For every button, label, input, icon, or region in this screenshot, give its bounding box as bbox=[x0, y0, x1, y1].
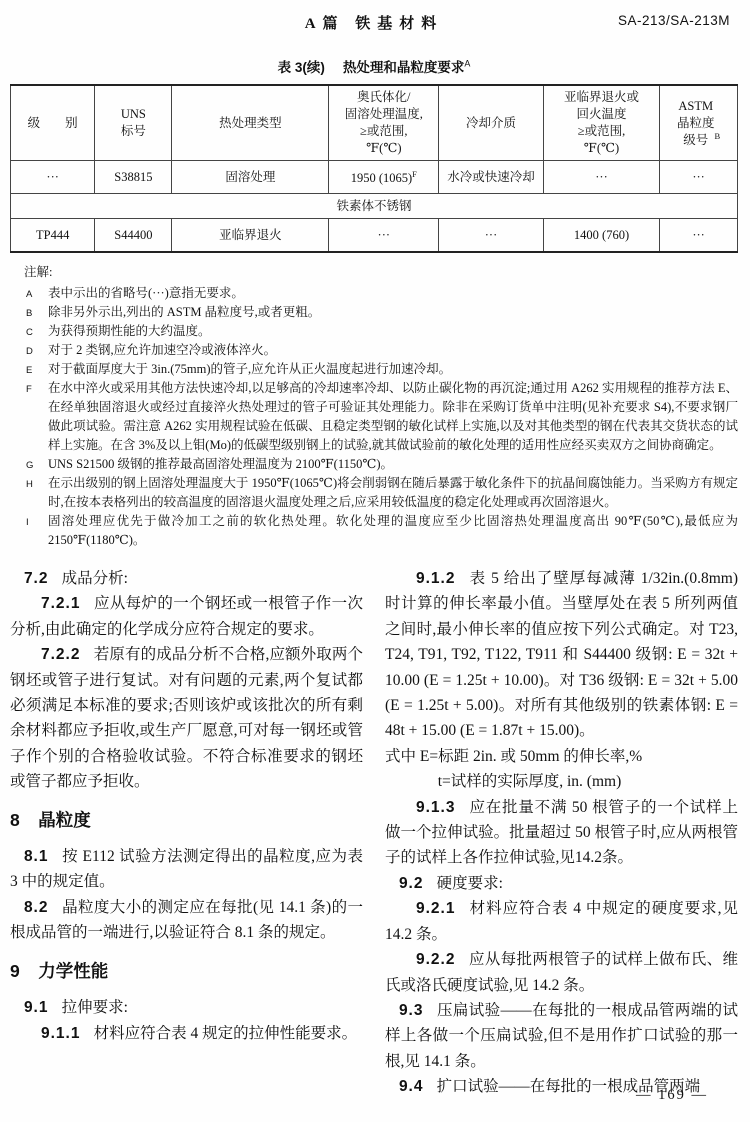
footnote-B: B除非另外示出,列出的 ASTM 晶粒度号,或者更粗。 bbox=[10, 303, 738, 322]
table-cell: S38815 bbox=[95, 161, 172, 194]
clause-text: 硬度要求: bbox=[437, 875, 503, 892]
clause-number: 8 bbox=[10, 810, 21, 830]
column-header: 亚临界退火或 回火温度 ≥或范围, ℉(℃) bbox=[543, 85, 659, 161]
spec-number: SA-213/SA-213M bbox=[618, 13, 730, 28]
footnote-text: 在水中淬火或采用其他方法快速冷却,以足够高的冷却速率冷却、以防止碳化物的再沉淀;… bbox=[48, 381, 738, 452]
clause-paragraph: t=试样的实际厚度, in. (mm) bbox=[385, 769, 738, 794]
clause-paragraph: 9.3压扁试验——在每批的一根成品管两端的试样上各做一个压扁试验,但不是用作扩口… bbox=[385, 998, 738, 1074]
column-header: UNS 标号 bbox=[95, 85, 172, 161]
clause-text: 材料应符合表 4 规定的拉伸性能要求。 bbox=[94, 1025, 358, 1042]
clause-number: 9.2.1 bbox=[416, 900, 455, 917]
clause-number: 9.1.3 bbox=[416, 799, 455, 816]
footnote-ref: B bbox=[715, 130, 721, 140]
clause-paragraph: 9.1拉伸要求: bbox=[10, 995, 363, 1020]
clause-paragraph: 式中 E=标距 2in. 或 50mm 的伸长率,% bbox=[385, 744, 738, 769]
document-page: A篇 铁基材料 SA-213/SA-213M 表 3(续)热处理和晶粒度要求A … bbox=[0, 0, 750, 1122]
table-caption: 热处理和晶粒度要求 bbox=[343, 60, 465, 75]
clause-number: 7.2.1 bbox=[41, 595, 80, 612]
footnote-F: F在水中淬火或采用其他方法快速冷却,以足够高的冷却速率冷却、以防止碳化物的再沉淀… bbox=[10, 379, 738, 455]
clause-text: 压扁试验——在每批的一根成品管两端的试样上各做一个压扁试验,但不是用作扩口试验的… bbox=[385, 1002, 738, 1070]
footnote-text: 除非另外示出,列出的 ASTM 晶粒度号,或者更粗。 bbox=[48, 305, 320, 319]
footnote-E: E对于截面厚度大于 3in.(75mm)的管子,应允许从正火温度起进行加速冷却。 bbox=[10, 360, 738, 379]
table-row: ···S38815固溶处理1950 (1065)F水冷或快速冷却······ bbox=[11, 161, 738, 194]
clause-number: 7.2.2 bbox=[41, 646, 80, 663]
clause-text: 式中 E=标距 2in. 或 50mm 的伸长率,% bbox=[385, 748, 642, 765]
table-cell: ··· bbox=[11, 161, 95, 194]
footnote-G: GUNS S21500 级钢的推荐最高固溶处理温度为 2100℉(1150℃)。 bbox=[10, 455, 738, 474]
footnote-letter: I bbox=[26, 513, 29, 532]
running-header: A篇 铁基材料 SA-213/SA-213M bbox=[10, 12, 738, 32]
clause-paragraph: 9.1.3应在批量不满 50 根管子的一个试样上做一个拉伸试验。批量超过 50 … bbox=[385, 795, 738, 871]
footnote-text: UNS S21500 级钢的推荐最高固溶处理温度为 2100℉(1150℃)。 bbox=[48, 457, 393, 471]
footnote-C: C为获得预期性能的大约温度。 bbox=[10, 322, 738, 341]
table-row: TP444S44400亚临界退火······1400 (760)··· bbox=[11, 219, 738, 253]
right-column: 9.1.2表 5 给出了壁厚每减薄 1/32in.(0.8mm)时计算的伸长率最… bbox=[385, 566, 738, 1100]
clause-paragraph: 8.1按 E112 试验方法测定得出的晶粒度,应为表 3 中的规定值。 bbox=[10, 844, 363, 895]
table-footnotes: 注解: A表中示出的省略号(···)意指无要求。B除非另外示出,列出的 ASTM… bbox=[10, 263, 738, 550]
footnote-text: 为获得预期性能的大约温度。 bbox=[48, 324, 211, 338]
table-cell: ··· bbox=[439, 219, 544, 253]
footnote-text: 在示出级别的钢上固溶处理温度大于 1950℉(1065℃)将会削弱钢在随后暴露于… bbox=[48, 476, 738, 509]
table-title-footnote-ref: A bbox=[464, 59, 470, 69]
page-number: — 169 — bbox=[636, 1087, 708, 1104]
clause-number: 9.1 bbox=[24, 999, 49, 1016]
clause-number: 9.1.2 bbox=[416, 570, 455, 587]
footnote-A: A表中示出的省略号(···)意指无要求。 bbox=[10, 284, 738, 303]
left-column: 7.2成品分析:7.2.1应从每炉的一个钢坯或一根管子作一次分析,由此确定的化学… bbox=[10, 566, 363, 1100]
clause-paragraph: 9.2.2应从每批两根管子的试样上做布氏、维氏或洛氏硬度试验,见 14.2 条。 bbox=[385, 947, 738, 998]
table-title: 表 3(续)热处理和晶粒度要求A bbox=[10, 56, 738, 76]
footnotes-label: 注解: bbox=[10, 263, 738, 282]
clause-text: 成品分析: bbox=[62, 570, 128, 587]
footnote-text: 固溶处理应优先于做冷加工之前的软化热处理。软化处理的温度应至少比固溶热处理温度高… bbox=[48, 514, 738, 547]
clause-number: 8.2 bbox=[24, 899, 49, 916]
table-number: 表 3(续) bbox=[278, 60, 325, 75]
clause-paragraph: 9.2硬度要求: bbox=[385, 871, 738, 896]
footnote-ref: F bbox=[412, 169, 417, 179]
column-header: 奥氏体化/ 固溶处理温度, ≥或范围, ℉(℃) bbox=[329, 85, 439, 161]
table-cell: 水冷或快速冷却 bbox=[439, 161, 544, 194]
clause-text: 按 E112 试验方法测定得出的晶粒度,应为表 3 中的规定值。 bbox=[10, 848, 363, 890]
clause-number: 9 bbox=[10, 961, 21, 981]
footnote-letter: A bbox=[26, 285, 32, 304]
table-cell: 1950 (1065)F bbox=[329, 161, 439, 194]
clause-number: 8.1 bbox=[24, 848, 49, 865]
clause-paragraph: 7.2成品分析: bbox=[10, 566, 363, 591]
column-header: 热处理类型 bbox=[172, 85, 329, 161]
body-text: 7.2成品分析:7.2.1应从每炉的一个钢坯或一根管子作一次分析,由此确定的化学… bbox=[10, 566, 738, 1100]
table-cell: ··· bbox=[660, 161, 738, 194]
band-label: 铁素体不锈钢 bbox=[11, 194, 738, 219]
clause-paragraph: 7.2.1应从每炉的一个钢坯或一根管子作一次分析,由此确定的化学成分应符合规定的… bbox=[10, 591, 363, 642]
footnote-text: 对于截面厚度大于 3in.(75mm)的管子,应允许从正火温度起进行加速冷却。 bbox=[48, 362, 451, 376]
table-cell: ··· bbox=[660, 219, 738, 253]
footnote-D: D对于 2 类钢,应允许加速空冷或液体淬火。 bbox=[10, 341, 738, 360]
section-heading: 8晶粒度 bbox=[10, 808, 363, 833]
footnote-text: 对于 2 类钢,应允许加速空冷或液体淬火。 bbox=[48, 343, 276, 357]
clause-text: 力学性能 bbox=[38, 961, 108, 981]
clause-number: 9.1.1 bbox=[41, 1025, 80, 1042]
table-cell: 固溶处理 bbox=[172, 161, 329, 194]
footnote-letter: G bbox=[26, 456, 33, 475]
footnote-H: H在示出级别的钢上固溶处理温度大于 1950℉(1065℃)将会削弱钢在随后暴露… bbox=[10, 474, 738, 512]
clause-text: t=试样的实际厚度, in. (mm) bbox=[438, 773, 622, 790]
clause-text: 若原有的成品分析不合格,应额外取两个钢坯或管子进行复试。对有问题的元素,两个复试… bbox=[10, 646, 363, 790]
table-cell: 1400 (760) bbox=[543, 219, 659, 253]
clause-number: 7.2 bbox=[24, 570, 49, 587]
table-cell: 亚临界退火 bbox=[172, 219, 329, 253]
footnote-letter: F bbox=[26, 380, 32, 399]
footnote-letter: H bbox=[26, 475, 33, 494]
clause-number: 9.4 bbox=[399, 1078, 424, 1095]
table-header-row: 级 别UNS 标号热处理类型奥氏体化/ 固溶处理温度, ≥或范围, ℉(℃)冷却… bbox=[11, 85, 738, 161]
footnote-letter: E bbox=[26, 361, 32, 380]
table-cell: ··· bbox=[543, 161, 659, 194]
clause-paragraph: 7.2.2若原有的成品分析不合格,应额外取两个钢坯或管子进行复试。对有问题的元素… bbox=[10, 642, 363, 794]
clause-text: 晶粒度大小的测定应在每批(见 14.1 条)的一根成品管的一端进行,以验证符合 … bbox=[10, 899, 363, 941]
column-header: ASTM 晶粒度 级号B bbox=[660, 85, 738, 161]
column-header: 冷却介质 bbox=[439, 85, 544, 161]
footnote-letter: D bbox=[26, 342, 33, 361]
footnote-letter: B bbox=[26, 304, 32, 323]
section-heading: 9力学性能 bbox=[10, 959, 363, 984]
clause-text: 表 5 给出了壁厚每减薄 1/32in.(0.8mm)时计算的伸长率最小值。当壁… bbox=[385, 570, 738, 739]
table-cell: ··· bbox=[329, 219, 439, 253]
clause-paragraph: 9.2.1材料应符合表 4 中规定的硬度要求,见 14.2 条。 bbox=[385, 896, 738, 947]
heat-treatment-table: 级 别UNS 标号热处理类型奥氏体化/ 固溶处理温度, ≥或范围, ℉(℃)冷却… bbox=[10, 84, 738, 253]
column-header: 级 别 bbox=[11, 85, 95, 161]
clause-paragraph: 9.1.2表 5 给出了壁厚每减薄 1/32in.(0.8mm)时计算的伸长率最… bbox=[385, 566, 738, 744]
clause-text: 晶粒度 bbox=[38, 810, 91, 830]
clause-number: 9.2 bbox=[399, 875, 424, 892]
clause-number: 9.3 bbox=[399, 1002, 424, 1019]
table-section-band: 铁素体不锈钢 bbox=[11, 194, 738, 219]
footnote-I: I固溶处理应优先于做冷加工之前的软化热处理。软化处理的温度应至少比固溶热处理温度… bbox=[10, 512, 738, 550]
clause-number: 9.2.2 bbox=[416, 951, 455, 968]
clause-paragraph: 9.1.1材料应符合表 4 规定的拉伸性能要求。 bbox=[10, 1021, 363, 1046]
clause-paragraph: 8.2晶粒度大小的测定应在每批(见 14.1 条)的一根成品管的一端进行,以验证… bbox=[10, 895, 363, 946]
table-cell: TP444 bbox=[11, 219, 95, 253]
clause-text: 拉伸要求: bbox=[62, 999, 128, 1016]
table-cell: S44400 bbox=[95, 219, 172, 253]
footnote-letter: C bbox=[26, 323, 33, 342]
footnote-text: 表中示出的省略号(···)意指无要求。 bbox=[48, 286, 244, 300]
